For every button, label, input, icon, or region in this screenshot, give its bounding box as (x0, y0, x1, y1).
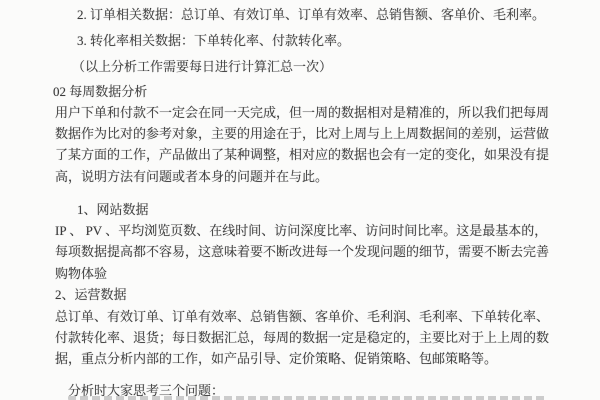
text-line: 据，重点分析内部的工作，如产品引导、定价策略、促销策略、包邮策略等。 (55, 352, 497, 366)
text-line: 用户下单和付款不一定会在同一天完成，但一周的数据相对是精准的，所以我们把每周 (55, 106, 549, 120)
text-line: 2. 订单相关数据：总订单、有效订单、订单有效率、总销售额、客单价、毛利率。 (77, 8, 545, 22)
truncated-text-line (68, 396, 548, 400)
text-line: 购物体验 (55, 267, 107, 281)
text-line: IP 、 PV 、平均浏览页数、在线时间、访问深度比率、访问时间比率。这是最基本… (55, 224, 547, 238)
text-line: 1、网站数据 (77, 203, 149, 217)
text-line: 02 每周数据分析 (53, 85, 147, 99)
text-line: （以上分析工作需要每日进行计算汇总一次） (72, 60, 332, 74)
text-line: 数据作为比对的参考对象，主要的用途在于，比对上周与上上周数据间的差别，运营做 (55, 127, 549, 141)
text-line: 每项数据提高都不容易，这意味着要不断改进每一个发现问题的细节，需要不断去完善 (55, 245, 549, 259)
text-line: 高，说明方法有问题或者本身的问题并在与此。 (55, 170, 328, 184)
text-line: 了某方面的工作，产品做出了某种调整，相对应的数据也会有一定的变化，如果没有提 (55, 148, 549, 162)
text-line: 3. 转化率相关数据：下单转化率、付款转化率。 (77, 34, 350, 48)
text-line: 2、运营数据 (55, 288, 127, 302)
text-line: 总订单、有效订单、订单有效率、总销售额、客单价、毛利润、毛利率、下单转化率、 (55, 310, 549, 324)
text-line: 付款转化率、退货；每日数据汇总，每周的数据一定是稳定的，主要比对于上上周的数 (55, 331, 549, 345)
document-page: 2. 订单相关数据：总订单、有效订单、订单有效率、总销售额、客单价、毛利率。3.… (0, 0, 600, 400)
